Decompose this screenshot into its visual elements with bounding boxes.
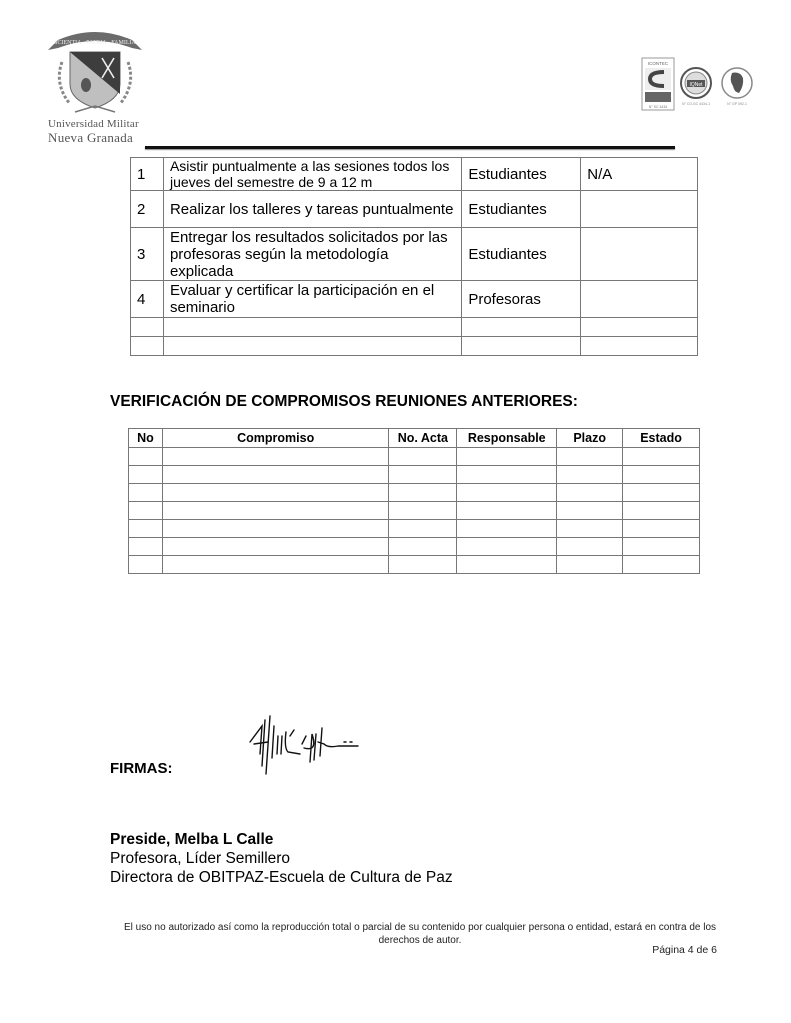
signer-name: Preside, Melba L Calle bbox=[110, 830, 453, 849]
table-cell bbox=[162, 520, 388, 538]
commitment-date bbox=[581, 337, 698, 356]
commitment-date: N/A bbox=[581, 158, 698, 191]
svg-text:ICONTEC: ICONTEC bbox=[648, 61, 669, 66]
commitment-description bbox=[163, 337, 461, 356]
verification-table: No Compromiso No. Acta Responsable Plazo… bbox=[128, 428, 700, 574]
signer-position: Directora de OBITPAZ-Escuela de Cultura … bbox=[110, 868, 453, 887]
certification-logos: ICONTEC N° SC 4434 IQNet N° CO-SC 4434-1… bbox=[640, 56, 758, 116]
commitment-number: 4 bbox=[131, 281, 164, 318]
table-row bbox=[129, 484, 700, 502]
commitment-date bbox=[581, 191, 698, 228]
table-cell bbox=[129, 520, 163, 538]
signatures-label: FIRMAS: bbox=[110, 760, 173, 777]
table-cell bbox=[389, 538, 457, 556]
svg-text:N° CO-SC 4434-1: N° CO-SC 4434-1 bbox=[682, 102, 710, 106]
handwritten-signature bbox=[248, 714, 364, 786]
table-cell bbox=[129, 484, 163, 502]
table-cell bbox=[623, 538, 700, 556]
table-cell bbox=[389, 448, 457, 466]
commitment-description: Asistir puntualmente a las sesiones todo… bbox=[163, 158, 461, 191]
commitment-number: 2 bbox=[131, 191, 164, 228]
table-cell bbox=[623, 520, 700, 538]
table-cell bbox=[557, 520, 623, 538]
table-cell bbox=[457, 484, 557, 502]
table-cell bbox=[389, 502, 457, 520]
table-cell bbox=[457, 466, 557, 484]
page-number: Página 4 de 6 bbox=[600, 944, 717, 956]
table-cell bbox=[389, 556, 457, 574]
commitment-responsible: Estudiantes bbox=[462, 228, 581, 281]
svg-text:N° SC 4434: N° SC 4434 bbox=[649, 105, 668, 109]
table-row: 3 Entregar los resultados solicitados po… bbox=[131, 228, 698, 281]
commitment-description bbox=[163, 318, 461, 337]
column-header-no: No bbox=[129, 429, 163, 448]
column-header-compromiso: Compromiso bbox=[162, 429, 388, 448]
commitment-description: Evaluar y certificar la participación en… bbox=[163, 281, 461, 318]
iqnet-logo: IQNet N° CO-SC 4434-1 bbox=[681, 68, 711, 106]
table-cell bbox=[162, 538, 388, 556]
table-cell bbox=[129, 466, 163, 484]
header-divider bbox=[145, 146, 675, 149]
signature-icon bbox=[248, 714, 364, 786]
table-row bbox=[131, 337, 698, 356]
commitment-date bbox=[581, 318, 698, 337]
table-cell bbox=[162, 502, 388, 520]
table-cell bbox=[457, 448, 557, 466]
section-title: VERIFICACIÓN DE COMPROMISOS REUNIONES AN… bbox=[110, 393, 578, 411]
table-cell bbox=[557, 484, 623, 502]
commitment-date bbox=[581, 228, 698, 281]
table-cell bbox=[129, 502, 163, 520]
commitment-responsible bbox=[462, 337, 581, 356]
commitments-table: 1 Asistir puntualmente a las sesiones to… bbox=[130, 157, 698, 356]
table-cell bbox=[162, 556, 388, 574]
table-header-row: No Compromiso No. Acta Responsable Plazo… bbox=[129, 429, 700, 448]
table-cell bbox=[557, 538, 623, 556]
table-cell bbox=[129, 556, 163, 574]
column-header-responsable: Responsable bbox=[457, 429, 557, 448]
table-row bbox=[129, 556, 700, 574]
table-cell bbox=[162, 448, 388, 466]
table-cell bbox=[162, 484, 388, 502]
commitment-number bbox=[131, 337, 164, 356]
svg-text:IQNet: IQNet bbox=[689, 82, 703, 88]
table-row bbox=[129, 520, 700, 538]
table-row bbox=[129, 448, 700, 466]
svg-text:SCIENTIA · PATRIA · FAMILIA: SCIENTIA · PATRIA · FAMILIA bbox=[54, 40, 136, 46]
table-row: 2 Realizar los talleres y tareas puntual… bbox=[131, 191, 698, 228]
table-cell bbox=[389, 520, 457, 538]
table-cell bbox=[623, 466, 700, 484]
table-row bbox=[131, 318, 698, 337]
commitment-description: Realizar los talleres y tareas puntualme… bbox=[163, 191, 461, 228]
table-row: 4 Evaluar y certificar la participación … bbox=[131, 281, 698, 318]
icontec-certification-logo: ICONTEC N° SC 4434 bbox=[642, 58, 674, 110]
column-header-plazo: Plazo bbox=[557, 429, 623, 448]
table-cell bbox=[129, 448, 163, 466]
table-cell bbox=[457, 520, 557, 538]
commitment-number: 1 bbox=[131, 158, 164, 191]
table-row bbox=[129, 466, 700, 484]
signer-role: Profesora, Líder Semillero bbox=[110, 849, 453, 868]
table-cell bbox=[389, 484, 457, 502]
commitment-responsible: Estudiantes bbox=[462, 158, 581, 191]
table-cell bbox=[129, 538, 163, 556]
table-cell bbox=[457, 556, 557, 574]
table-row: 1 Asistir puntualmente a las sesiones to… bbox=[131, 158, 698, 191]
table-cell bbox=[457, 502, 557, 520]
table-cell bbox=[162, 466, 388, 484]
table-row bbox=[129, 502, 700, 520]
svg-text:N° GP 092-1: N° GP 092-1 bbox=[727, 102, 747, 106]
table-cell bbox=[623, 484, 700, 502]
commitment-date bbox=[581, 281, 698, 318]
table-cell bbox=[623, 556, 700, 574]
table-cell bbox=[557, 466, 623, 484]
commitment-number bbox=[131, 318, 164, 337]
colombia-quality-seal-logo: N° GP 092-1 bbox=[722, 68, 752, 106]
table-cell bbox=[557, 502, 623, 520]
university-logo: SCIENTIA · PATRIA · FAMILIA Universidad … bbox=[40, 22, 150, 142]
university-crest-icon: SCIENTIA · PATRIA · FAMILIA bbox=[40, 22, 150, 118]
signer-block: Preside, Melba L Calle Profesora, Líder … bbox=[110, 830, 453, 887]
table-cell bbox=[557, 556, 623, 574]
commitment-responsible: Estudiantes bbox=[462, 191, 581, 228]
commitment-responsible bbox=[462, 318, 581, 337]
commitment-description: Entregar los resultados solicitados por … bbox=[163, 228, 461, 281]
table-cell bbox=[457, 538, 557, 556]
table-cell bbox=[623, 448, 700, 466]
column-header-no-acta: No. Acta bbox=[389, 429, 457, 448]
commitment-responsible: Profesoras bbox=[462, 281, 581, 318]
table-cell bbox=[557, 448, 623, 466]
university-name-line2: Nueva Granada bbox=[48, 131, 158, 144]
table-cell bbox=[389, 466, 457, 484]
table-row bbox=[129, 538, 700, 556]
column-header-estado: Estado bbox=[623, 429, 700, 448]
table-cell bbox=[623, 502, 700, 520]
commitment-number: 3 bbox=[131, 228, 164, 281]
